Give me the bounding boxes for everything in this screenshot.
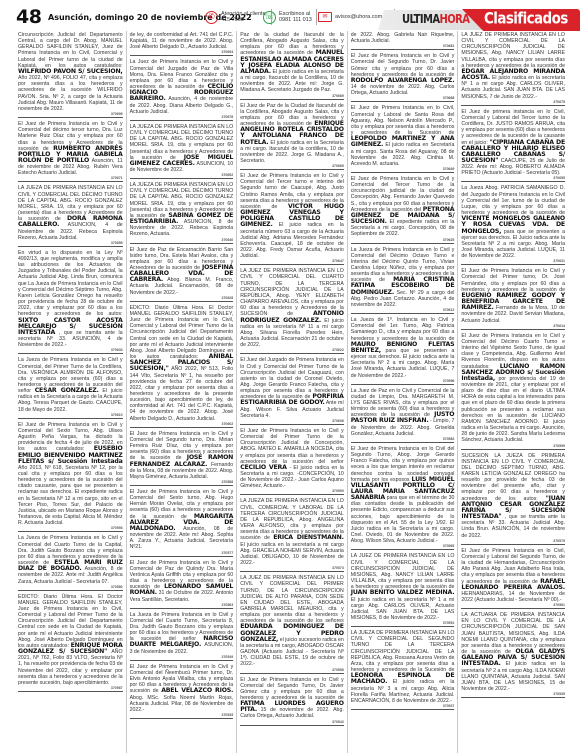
notice-code: 370539 <box>461 692 565 696</box>
legal-notice: LA JUEZ DE PRIMERA INSTANCIA EN LO CIVIL… <box>351 552 455 627</box>
notice-text: de ley, de conformidad al Art. 741 del C… <box>130 32 234 50</box>
notice-code: 370575 <box>461 539 565 543</box>
divider <box>316 9 317 25</box>
legal-notice: El Juez de Primera Instancia en lo Civil… <box>240 172 344 265</box>
notice-text: El Juez de Primera Instancia en lo Civil… <box>240 428 344 465</box>
notice-code: 370590 <box>240 489 344 493</box>
legal-notice: El Juez de Primera Instancia en lo Civil… <box>351 445 455 551</box>
classifieds-columns: Circunscripción Judicial del Departament… <box>15 31 568 753</box>
notice-code: 370640 <box>130 238 234 242</box>
notice-code: 370649 <box>351 167 455 171</box>
notice-text: LA JUEZA DE PRIMERA INSTANCIA EN LO CIVI… <box>351 630 455 673</box>
decedent-name: CECILIO VERA <box>240 464 287 471</box>
notice-code: 370593 <box>18 526 123 530</box>
notice-text-end: El juicio radica en la secretaría Nº 1 a… <box>351 597 455 621</box>
notice-text-end: El juicio radica en la secretaría a mi c… <box>240 542 344 566</box>
legal-notice: La Jueza de Primera Instancia en lo Civi… <box>130 611 234 661</box>
notice-text: El Juez de Primera Instancia en lo Civil… <box>351 53 455 77</box>
notice-code: 370551 <box>351 621 455 625</box>
decedent-name: RODOLFO ALVARENGA LOPEZ. <box>351 77 455 84</box>
notice-text-end: AÑO 2021, Nº 762, Folio 83 VLTO, Secreta… <box>18 649 123 686</box>
legal-notice: LA JUEZA DE PRIMERA INSTANCIA EN LO CIVI… <box>18 184 123 246</box>
notice-text-end: 14 de noviembre de 2022. Abg. Carlos Ort… <box>351 84 455 96</box>
legal-notice: El Juez de Primera Instancia en lo Civil… <box>240 676 344 726</box>
legal-notice: La Jueza de Primera Instancia en lo Civi… <box>351 246 455 315</box>
legal-notice: LA JUEZ DE PRIMERA INSTANCIA EN LO CIVIL… <box>240 267 344 354</box>
legal-notice: El Juez de Primera Instancia en lo Civil… <box>351 104 455 173</box>
legal-notice: LA ACTUARIA DE PRIMERA INSTANCIA EN LO C… <box>461 611 565 698</box>
notice-code: 370628 <box>130 296 234 300</box>
notice-text-end: Año 2022, Nº 496, FOLIO 47, cita y empla… <box>18 75 123 112</box>
notice-code: 370647 <box>240 259 344 263</box>
notice-code: 370561 <box>461 603 565 607</box>
notice-code: 370580 <box>18 585 123 589</box>
notice-text: En virtud a lo dispuesto en la Ley Nº 49… <box>18 250 123 318</box>
legal-notice: El Juez de Primera Instancia en lo Civil… <box>18 421 123 533</box>
notice-text-end: El juicio radica en la secretaría número… <box>240 222 344 259</box>
notice-code: 370625 <box>351 238 455 242</box>
legal-notice: El Juez de primera instancia en lo Civil… <box>461 108 565 183</box>
brand-logo: ULTIMAHORA <box>402 13 469 27</box>
notice-code: 370606 <box>240 419 344 423</box>
legal-notice: EDICTO: Diario Última Hora. El Doctor MA… <box>130 304 234 428</box>
legal-notice: La Jueza de Primera Instancia en lo Civi… <box>18 534 123 590</box>
notice-code: 370542 <box>240 720 344 724</box>
notice-code: 370610 <box>18 413 123 417</box>
notice-code: 370655 <box>461 176 565 180</box>
notice-text-end: HERNANDARIAS, 14 de Noviembre de 2022 (A… <box>461 591 565 603</box>
legal-notice: El Juez de Paz de Encarnación Barrio San… <box>130 246 234 302</box>
notice-code: 370588 <box>130 480 234 484</box>
notice-text: LA JUEZ DE PRIMERA INSTANCIA EN LO CIVIL… <box>461 32 565 69</box>
notice-text: LA JUEZ DE PRIMERA INSTANCIA EN LO CIVIL… <box>351 553 455 590</box>
legal-notice: de ley, de conformidad al Art. 741 del C… <box>130 31 234 56</box>
legal-notice: Circunscripción Judicial del Departament… <box>18 31 123 118</box>
contact-whatsapp-value: 0981 111 013 <box>279 17 312 23</box>
legal-notice: El Juez de Primera Instancia en lo Civil… <box>18 120 123 182</box>
notice-code: 370671 <box>18 176 123 180</box>
decedent-name: ERICA DIENSTMANN. <box>273 534 344 541</box>
brand-part-ultima: ULTIMA <box>402 13 439 27</box>
legal-notice: SUCESION LA JUEZA DE PRIMERA INSTANCIA E… <box>461 452 565 545</box>
section-tab-clasificados: Clasificados <box>484 9 568 28</box>
legal-notice: El Juez de Primera Instancia en lo Civil… <box>130 663 234 719</box>
notice-code: 370573 <box>240 566 344 570</box>
legal-notice: LA JUEZA DE PRIMERA INSTANCIA EN LO CIVI… <box>351 629 455 710</box>
legal-notice: El Juez de Primera Instancia en lo Civil… <box>130 488 234 557</box>
decedent-name: WILFRIDO PAVON S/ SUCESION, <box>18 68 123 75</box>
legal-notice: El Juez del Juzgado de Primera Instancia… <box>240 356 344 425</box>
whatsapp-icon: ☏ <box>263 11 276 24</box>
notice-code: 370678 <box>130 115 234 119</box>
contact-phone-value: 415 7000 <box>221 17 244 23</box>
notice-code: 370699 <box>18 112 123 116</box>
legal-notice: de 2022. Abog. Gabriela Nair Riquelme, A… <box>351 31 455 50</box>
legal-notice: El Juez de Paz de la Ciudad de Itacurubí… <box>240 102 344 171</box>
contact-email[interactable]: ✉ avisos@uhora.com.py <box>318 7 390 27</box>
legal-notice: El Juez de Primera Instancia en lo Civil… <box>461 332 565 450</box>
notice-text-end: por providencia del 19 de noviembre de 2… <box>461 376 565 444</box>
notice-code: 370675 <box>461 100 565 104</box>
notice-code: 370577 <box>130 551 234 555</box>
column-3: Paz de la ciudad de Itacurubí de la Cord… <box>236 31 347 753</box>
legal-notice: El Juez de Primera Instancia en lo Civil… <box>461 267 565 329</box>
decedent-name: CESAR GONZALEZ. <box>35 387 99 394</box>
notice-code: 370599 <box>461 444 565 448</box>
notice-code: 370652 <box>130 173 234 177</box>
notice-code: 370659 <box>18 241 123 245</box>
decedent-name: ABEL VELAZCO RIOS. <box>161 687 233 694</box>
notice-text-end: AÑO 2022, Nº 513, Folio 144 Vlto, Secret… <box>130 366 234 421</box>
legal-notice: La Jueza Abog. PATRICIA SAMANIEGO D. del… <box>461 184 565 265</box>
notice-text: El Juez de Primera Instancia en lo Civil… <box>461 268 565 292</box>
notice-text: EDICTO: Diario Última Hora. El Doctor MA… <box>18 594 123 649</box>
notice-code: 370668 <box>351 96 455 100</box>
notice-code: 370614 <box>461 324 565 328</box>
page-number: 48 <box>16 6 41 28</box>
contact-whatsapp[interactable]: ☏ Escribinos al0981 111 013 <box>263 7 312 27</box>
notice-code: 370631 <box>461 259 565 263</box>
notice-text: Circunscripción Judicial del Departament… <box>18 32 123 69</box>
legal-notice: La Juez de Paz en lo Civil y Comercial d… <box>351 387 455 443</box>
legal-notice: El Juez de Primera Instancia en lo Civil… <box>240 427 344 496</box>
column-1: Circunscripción Judicial del Departament… <box>15 31 126 753</box>
notice-code: 370535 <box>130 713 234 717</box>
legal-notice: La Jueza de 1º. Instancia en lo Civil y … <box>351 316 455 385</box>
notice-text: LA JUEZ DE PRIMERA INSTANCIA EN LO CIVIL… <box>240 575 344 624</box>
legal-notice: El Juez de Primera Instancia en lo Civil… <box>351 52 455 102</box>
notice-code: 370537 <box>351 704 455 708</box>
notice-code: 370602 <box>130 422 234 426</box>
notice-code: 370681 <box>351 44 455 48</box>
notice-text: EDICTO: Diario Última Hora. El Doctor MA… <box>130 305 234 360</box>
notice-code: 370556 <box>240 668 344 672</box>
legal-notice: LA JUEZ DE PRIMERA INSTANCIA EN LO CIVIL… <box>240 574 344 673</box>
contact-email-value: avisos@uhora.com.py <box>335 14 390 20</box>
column-5: LA JUEZ DE PRIMERA INSTANCIA EN LO CIVIL… <box>457 31 568 753</box>
notice-code: 370622 <box>240 348 344 352</box>
legal-notice: La Juez de Primera Instancia en lo Civil… <box>130 58 234 120</box>
legal-notice: EDICTO: Diario Última Hora. El Doctor MA… <box>18 593 123 692</box>
legal-notice: Paz de la ciudad de Itacurubí de la Cord… <box>240 31 344 100</box>
mail-icon: ✉ <box>318 12 332 22</box>
notice-code: 370565 <box>351 544 455 548</box>
legal-notice: La Jueza de Primera Instancia en lo Civi… <box>18 356 123 418</box>
notice-code: 370665 <box>240 164 344 168</box>
legal-notice: El Juez de Primera Instancia en lo Civil… <box>351 175 455 244</box>
contact-phone[interactable]: ✆ Atención al cliente:415 7000 <box>205 7 267 27</box>
brand-part-hora: HORA <box>439 13 469 27</box>
legal-notice: El Juez de Primera Instancia en lo Civil… <box>461 547 565 609</box>
notice-code: 370633 <box>18 348 123 352</box>
notice-text: El Juez de Primera Instancia en lo Civil… <box>351 105 455 136</box>
legal-notice: LA JUEZA DE PRIMERA INSTANCIA EN LO CIVI… <box>240 497 344 572</box>
page-header: 48 Asunción, domingo 20 de noviembre de … <box>0 0 580 30</box>
decedent-name: JUAN BENITO VALDEZ MEDINA. <box>351 589 455 596</box>
column-2: de ley, de conformidad al Art. 741 del C… <box>126 31 237 753</box>
notice-text: El Juez de Primera Instancia en lo Civil… <box>240 677 344 701</box>
notice-code: 370689 <box>240 94 344 98</box>
legal-notice: En virtud a lo dispuesto en la Ley Nº 49… <box>18 249 123 355</box>
notice-text-end: Año 2013, Nº 618, Secretaria Nº 12, por … <box>18 465 123 526</box>
notice-code: 370596 <box>351 379 455 383</box>
legal-notice: LA JUEZA DE PRIMERA INSTANCIA EN LO CIVI… <box>130 181 234 243</box>
notice-code: 370612 <box>351 308 455 312</box>
notice-text: La Jueza Abog. PATRICIA SAMANIEGO D. del… <box>461 185 565 216</box>
notice-code: 370567 <box>18 686 123 690</box>
legal-notice: LA JUEZA DE PRIMERA INSTANCIA EN LO CIVI… <box>130 123 234 179</box>
notice-text-end: para que en el término de 30 días contad… <box>351 495 455 544</box>
notice-code: 370563 <box>130 603 234 607</box>
legal-notice: LA JUEZ DE PRIMERA INSTANCIA EN LO CIVIL… <box>461 31 565 106</box>
legal-notice: El Juez de Primera Instancia en lo Civil… <box>130 430 234 486</box>
notice-code: 370549 <box>130 655 234 659</box>
phone-icon: ✆ <box>205 11 218 24</box>
notice-text: La Jueza de 1º. Instancia en lo Civil y … <box>351 317 455 341</box>
column-4: de 2022. Abog. Gabriela Nair Riquelme, A… <box>347 31 458 753</box>
notice-text: de 2022. Abog. Gabriela Nair Riquelme, A… <box>351 32 455 44</box>
notice-code: 370694 <box>130 50 234 54</box>
notice-code: 370582 <box>351 437 455 441</box>
notice-text-end: Abog. MSc. Sofía Noemí Martín Rojas, Act… <box>130 695 234 713</box>
legal-notice: El Juez de Primera Instancia en lo Civil… <box>130 559 234 609</box>
